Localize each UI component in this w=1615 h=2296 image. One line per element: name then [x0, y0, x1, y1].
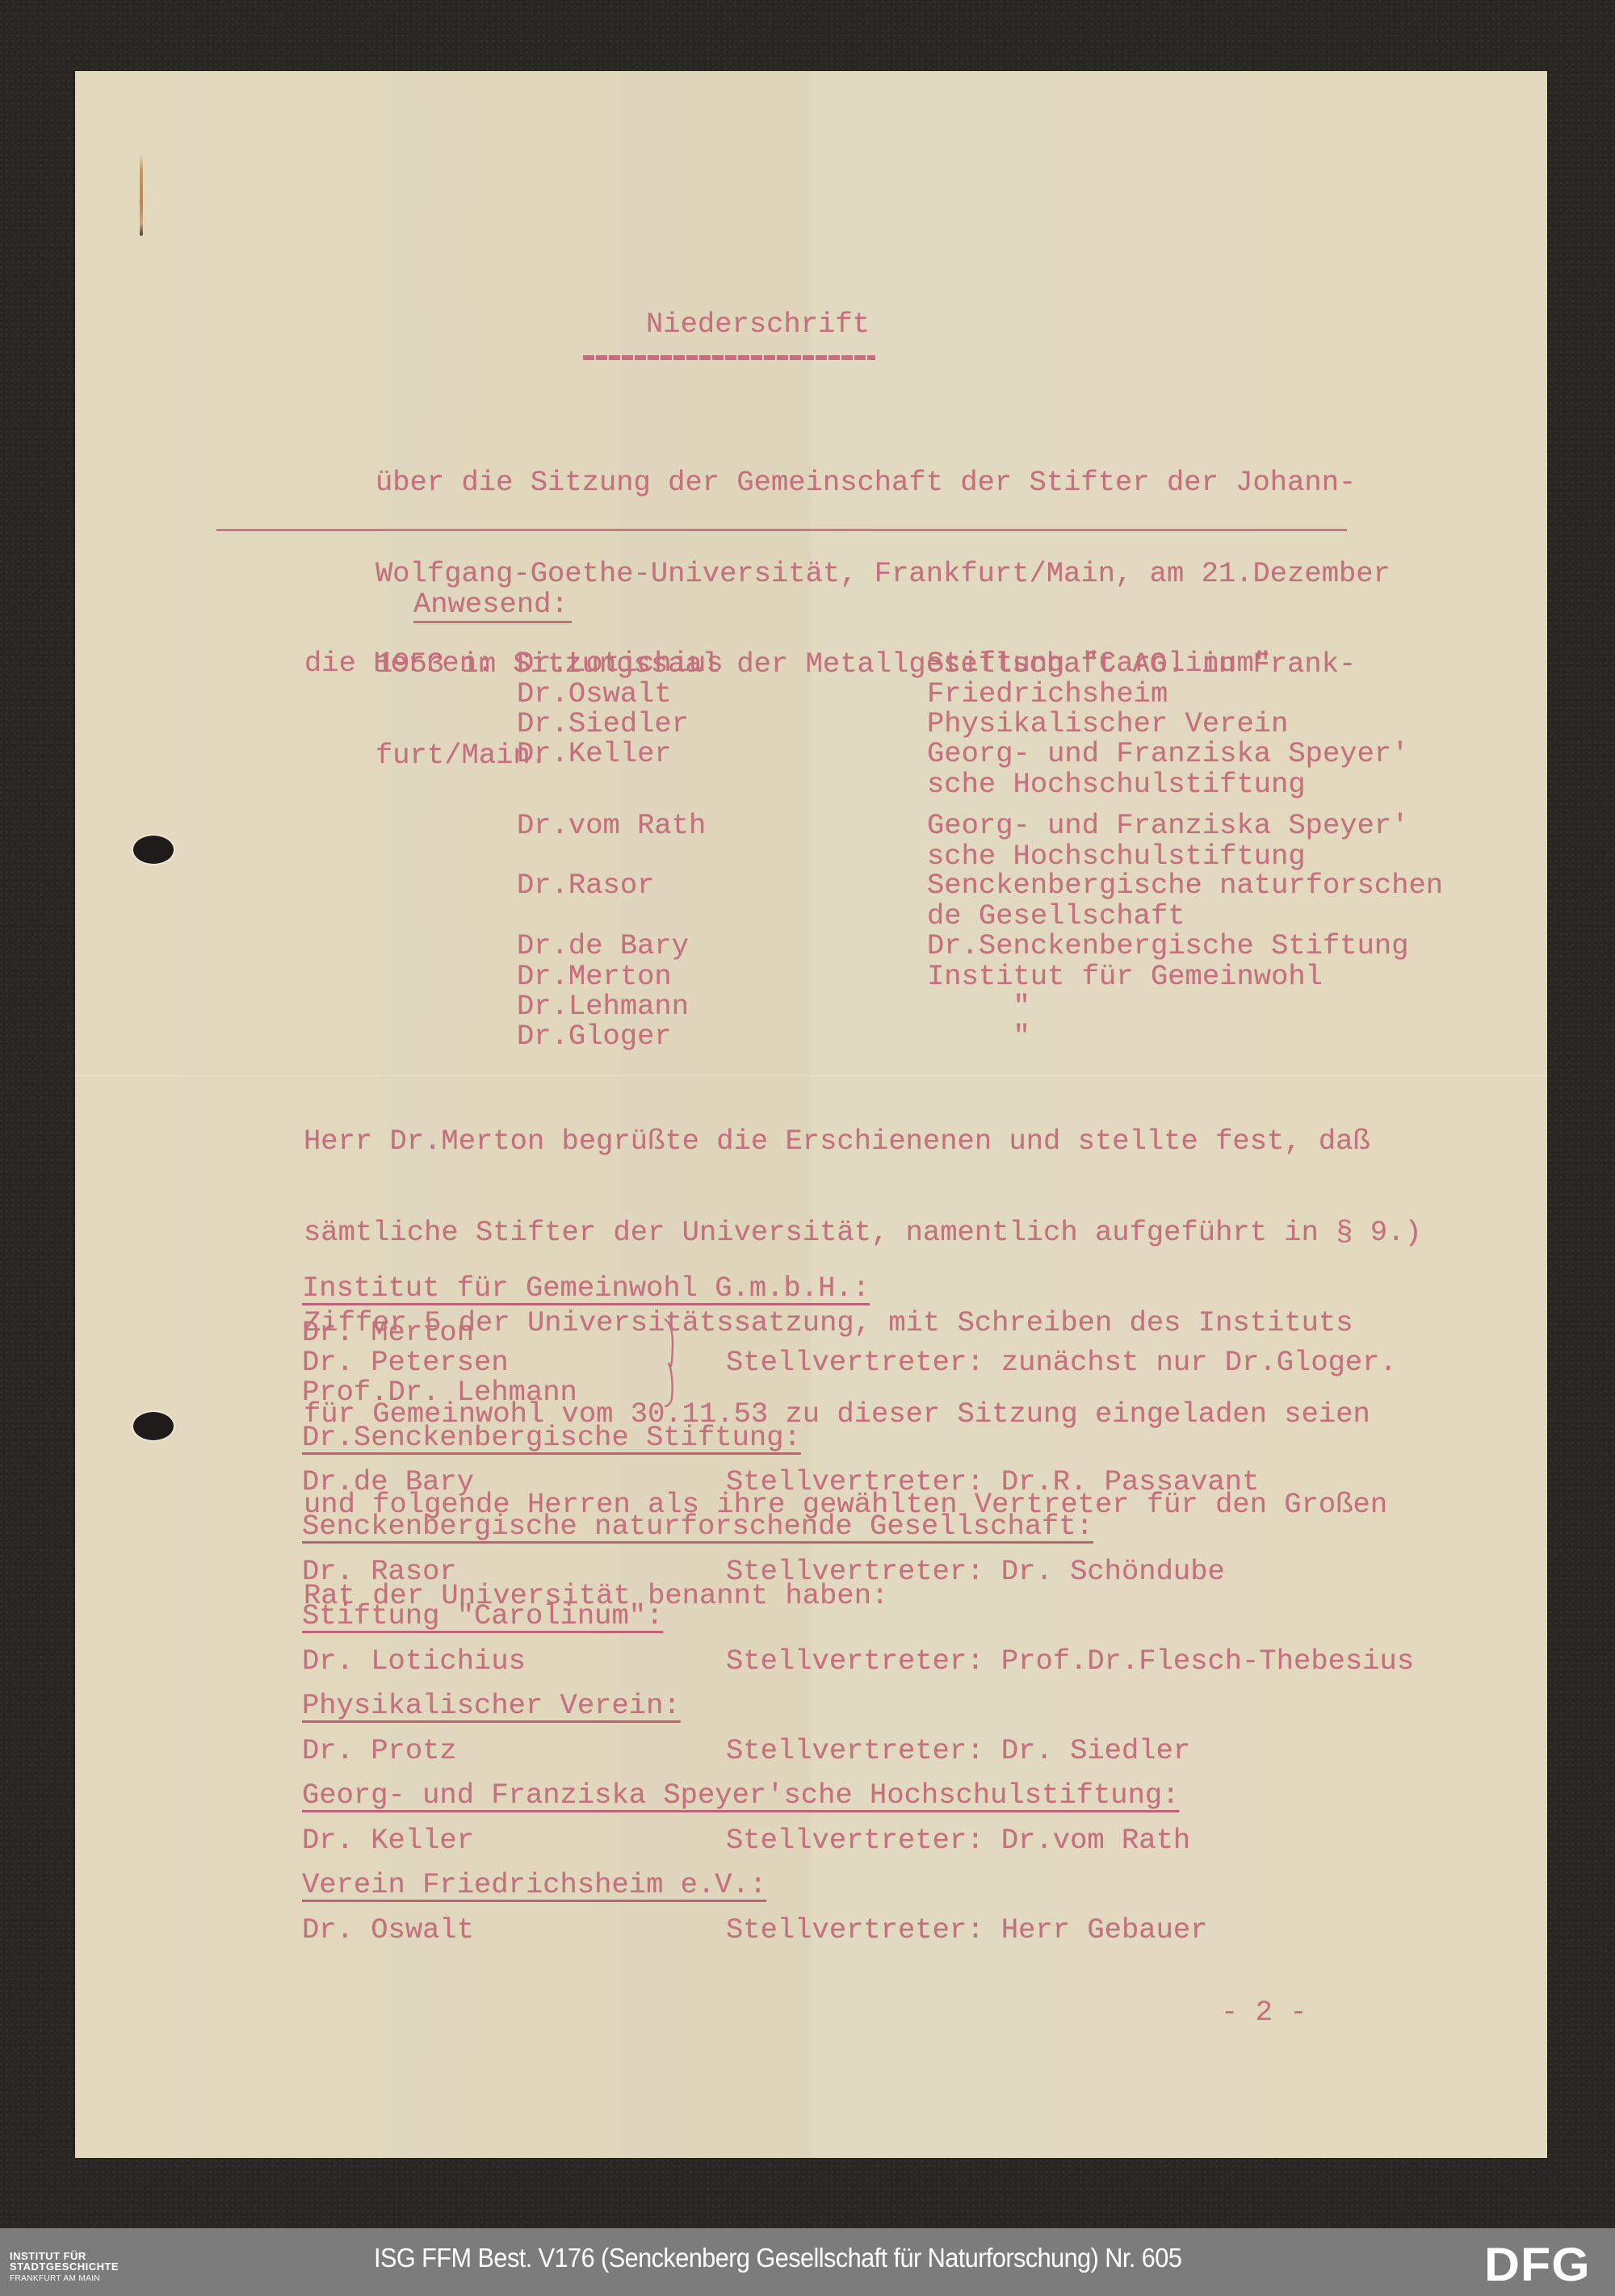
- attendee-name: Dr.Siedler: [517, 709, 689, 739]
- attendee-organization: Senckenbergische naturforschen: [927, 870, 1443, 901]
- deputy-entry: Stellvertreter: Dr.vom Rath: [726, 1825, 1190, 1856]
- organization-heading: Verein Friedrichsheim e.V.:: [302, 1870, 766, 1900]
- deputy-entry: Stellvertreter: Dr. Schöndube: [726, 1557, 1225, 1587]
- deputy-entry: Stellvertreter: zunächst nur Dr.Gloger.: [726, 1347, 1397, 1378]
- deputy-entry: Stellvertreter: Dr. Siedler: [726, 1736, 1190, 1766]
- attendee-organization: Friedrichsheim: [927, 679, 1168, 710]
- paragraph-line: Herr Dr.Merton begrüßte die Erschienenen…: [304, 1126, 1422, 1157]
- representative-name: Dr. Rasor: [302, 1557, 457, 1587]
- attendee-organization: ": [927, 991, 1030, 1022]
- intro-line: Wolfgang-Goethe-Universität, Frankfurt/M…: [375, 559, 1391, 589]
- organization-heading: Institut für Gemeinwohl G.m.b.H.:: [302, 1273, 870, 1304]
- representative-name: Dr. Protz: [302, 1736, 457, 1766]
- attendee-name: Dr.Keller: [517, 739, 672, 769]
- paragraph-line: sämtliche Stifter der Universität, namen…: [304, 1217, 1422, 1248]
- attendee-name: Dr.Lehmann: [517, 991, 689, 1022]
- deputy-entry: Stellvertreter: Herr Gebauer: [726, 1915, 1208, 1946]
- attendee-name: Dr.vom Rath: [517, 811, 706, 841]
- attendee-organization: sche Hochschulstiftung: [927, 841, 1306, 872]
- attendee-organization: Stiftung "Carolinum": [927, 648, 1271, 679]
- organization-heading: Dr.Senckenbergische Stiftung:: [302, 1422, 801, 1453]
- attendance-underline: [413, 621, 572, 623]
- organization-heading: Senckenbergische naturforschende Gesells…: [302, 1511, 1093, 1542]
- separator-rule: [216, 529, 1347, 531]
- page-number: - 2 -: [1221, 1997, 1307, 2028]
- staple-mark: [140, 153, 143, 236]
- attendee-organization: sche Hochschulstiftung: [927, 769, 1306, 800]
- archive-footer: INSTITUT FÜR STADTGESCHICHTE FRANKFURT A…: [0, 2228, 1615, 2296]
- attendee-organization: de Gesellschaft: [927, 901, 1185, 932]
- title-double-underline: [583, 355, 875, 360]
- representative-name: Dr. Oswalt: [302, 1915, 474, 1946]
- representative-name: Dr. Merton: [302, 1318, 474, 1348]
- punch-hole: [133, 836, 174, 864]
- attendee-name: Dr.Rasor: [517, 870, 654, 901]
- attendee-name: Dr.de Bary: [517, 931, 689, 962]
- isg-logo: INSTITUT FÜR STADTGESCHICHTE FRANKFURT A…: [10, 2251, 119, 2284]
- attendee-name: Dr.Oswalt: [517, 679, 672, 710]
- attendee-name: Dr.Gloger: [517, 1021, 672, 1052]
- representative-name: Dr. Lotichius: [302, 1646, 526, 1677]
- archive-caption: ISG FFM Best. V176 (Senckenberg Gesellsc…: [374, 2243, 1181, 2273]
- attendee-organization: ": [927, 1021, 1030, 1052]
- intro-line: über die Sitzung der Gemeinschaft der St…: [375, 467, 1391, 498]
- attendee-organization: Dr.Senckenbergische Stiftung: [927, 931, 1409, 962]
- organization-heading: Stiftung "Carolinum":: [302, 1601, 663, 1632]
- attendee-organization: Georg- und Franziska Speyer': [927, 739, 1409, 769]
- representative-name: Dr. Keller: [302, 1825, 474, 1856]
- organization-heading: Georg- und Franziska Speyer'sche Hochsch…: [302, 1780, 1179, 1811]
- punch-hole: [133, 1412, 174, 1440]
- deputy-entry: Stellvertreter: Prof.Dr.Flesch-Thebesius: [726, 1646, 1414, 1677]
- attendee-organization: Institut für Gemeinwohl: [927, 962, 1323, 992]
- representative-name: Dr. Petersen: [302, 1347, 509, 1378]
- deputy-entry: Stellvertreter: Dr.R. Passavant: [726, 1467, 1259, 1498]
- attendee-name: Dr.Merton: [517, 962, 672, 992]
- attendance-heading: Anwesend:: [413, 589, 568, 620]
- attendance-label: die Herren:: [304, 648, 493, 679]
- dfg-logo: DFG: [1484, 2244, 1591, 2286]
- grouping-brace: [662, 1318, 680, 1408]
- document-title: Niederschrift: [646, 309, 870, 340]
- attendee-organization: Physikalischer Verein: [927, 709, 1288, 739]
- attendee-name: Dr.Lotichius: [517, 648, 724, 679]
- representative-name: Prof.Dr. Lehmann: [302, 1377, 577, 1408]
- organization-heading: Physikalischer Verein:: [302, 1691, 681, 1721]
- attendee-organization: Georg- und Franziska Speyer': [927, 811, 1409, 841]
- representative-name: Dr.de Bary: [302, 1467, 474, 1498]
